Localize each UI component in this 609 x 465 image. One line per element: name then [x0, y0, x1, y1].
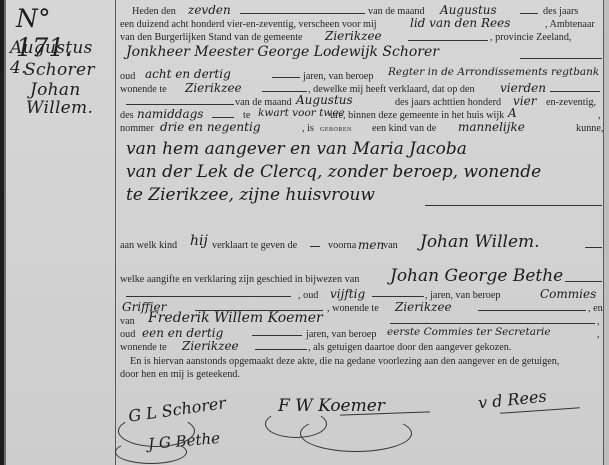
text: welke aangifte en verklaring zijn geschi…	[120, 274, 359, 285]
text: En is hiervan aanstonds opgemaakt deze a…	[130, 356, 559, 367]
handwritten-witness2: Frederik Willem Koemer	[148, 310, 323, 326]
text: oud	[120, 329, 135, 340]
handwritten-plural: men	[358, 238, 384, 252]
filler-line	[520, 58, 602, 59]
text: Heden den	[132, 6, 176, 17]
text: , is	[302, 123, 314, 134]
handwritten-witness1-occupation: Commies	[540, 287, 596, 301]
handwritten-witness2-age: een en dertig	[142, 326, 223, 340]
signature-registrar: v d Rees	[477, 386, 547, 412]
filler-line	[126, 104, 234, 105]
filler-line	[255, 349, 307, 350]
text: des jaars	[543, 6, 578, 17]
filler-line	[310, 246, 320, 247]
signature-flourish	[300, 415, 412, 452]
filler-line	[126, 296, 291, 297]
handwritten-parents: van hem aangever en van Maria Jacoba	[126, 139, 467, 159]
handwritten-house-number: drie en negentig	[160, 120, 261, 134]
filler-line	[372, 296, 424, 297]
handwritten-child-name: Johan Willem.	[420, 232, 540, 252]
handwritten-sex: mannelijke	[458, 120, 525, 134]
filler-line	[390, 323, 595, 324]
handwritten-residence: Zierikzee	[185, 81, 242, 95]
handwritten-birth-day: vierden	[500, 81, 546, 95]
handwritten-time-of-day: namiddags	[137, 107, 203, 121]
text: door hen en mij is geteekend.	[120, 369, 240, 380]
text: , Ambtenaar	[545, 19, 595, 30]
handwritten-witness1-age: vijftig	[330, 287, 365, 301]
page-edge	[604, 0, 609, 465]
handwritten-month: Augustus	[440, 3, 497, 17]
filler-line	[585, 247, 602, 248]
text: verklaart te geven de	[212, 240, 297, 251]
certificate-page: N° 171. Augustus 4. Schorer Johan Willem…	[0, 0, 609, 465]
handwritten-witness1: Johan George Bethe	[390, 266, 563, 286]
text: ,	[598, 110, 601, 121]
text: en-zeventig,	[546, 97, 596, 108]
handwritten-occupation: Regter in de Arrondissements regtbank	[388, 66, 599, 78]
text: des jaars achttien honderd	[395, 97, 501, 108]
handwritten-day: zevden	[188, 3, 231, 17]
handwritten-witness1-residence: Zierikzee	[395, 300, 452, 314]
margin-rule	[115, 0, 116, 465]
filler-line	[425, 205, 602, 206]
handwritten-age: acht en dertig	[145, 67, 231, 81]
text: , provincie Zeeland,	[490, 32, 571, 43]
text: nommer	[120, 123, 154, 134]
filler-line	[520, 13, 538, 14]
text: jaren, van beroep	[306, 329, 376, 340]
filler-line	[262, 91, 307, 92]
margin-surname: Schorer	[24, 60, 95, 80]
handwritten-wijk: A	[508, 106, 517, 120]
handwritten-witness2-residence: Zierikzee	[182, 339, 239, 353]
text: aan welk kind	[120, 240, 177, 251]
filler-line	[252, 335, 302, 336]
text: van	[120, 316, 135, 327]
text: wonende te	[120, 84, 167, 95]
filler-line	[272, 77, 300, 78]
text: voorna	[328, 240, 356, 251]
filler-line	[478, 310, 586, 311]
text: des	[120, 110, 134, 121]
filler-line	[565, 281, 602, 282]
handwritten-declarant: Jonkheer Meester George Lodewijk Schorer	[126, 44, 439, 60]
handwritten-birth-month: Augustus	[296, 93, 353, 107]
text: , wonende te	[327, 303, 379, 314]
filler-line	[550, 91, 600, 92]
filler-line	[212, 117, 234, 118]
text: wonende te	[120, 342, 167, 353]
text: een kind van de	[372, 123, 436, 134]
text: oud	[120, 71, 135, 82]
binding-shadow	[4, 0, 6, 465]
text: ,	[597, 316, 600, 327]
signature-flourish	[115, 440, 187, 464]
filler-line	[408, 40, 488, 41]
handwritten-mother: van der Lek de Clercq, zonder beroep, wo…	[126, 162, 541, 182]
text: , en	[588, 303, 603, 314]
handwritten-witness2-occupation: eerste Commies ter Secretarie	[387, 326, 551, 338]
text: kunne,	[576, 123, 603, 134]
text: jaren, van beroep	[303, 71, 373, 82]
handwritten-registrar: lid van den Rees	[410, 16, 510, 30]
handwritten-pronoun: hij	[190, 233, 208, 249]
text: , oud	[298, 290, 318, 301]
text-geboren: geboren	[320, 123, 352, 133]
handwritten-municipality: Zierikzee	[325, 29, 382, 43]
text: , als getuigen daartoe door den aangever…	[308, 342, 511, 353]
handwritten-mother-residence: te Zierikzee, zijne huisvrouw	[126, 185, 375, 205]
text: van den Burgerlijken Stand van de gemeen…	[120, 32, 303, 43]
margin-given-2: Willem.	[26, 98, 93, 118]
margin-given-1: Johan	[30, 80, 81, 100]
filler-line	[240, 13, 365, 14]
text: van	[383, 240, 398, 251]
text: ,	[597, 329, 600, 340]
